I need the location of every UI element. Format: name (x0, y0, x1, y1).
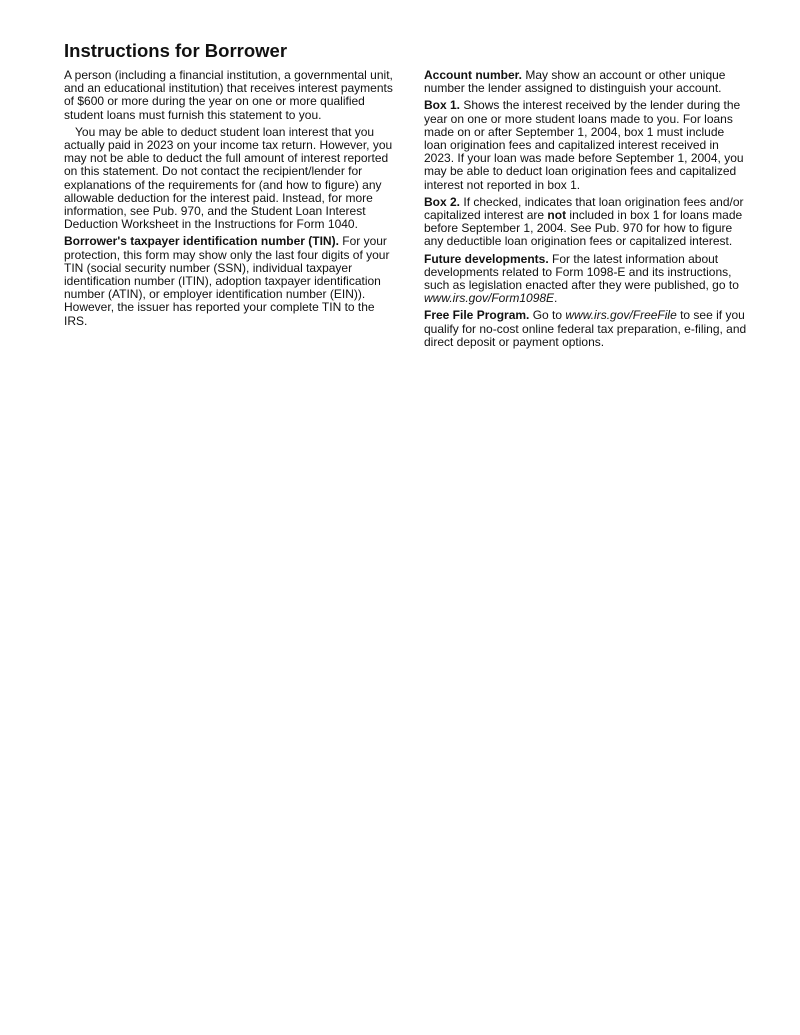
account-number-paragraph: Account number. May show an account or o… (424, 69, 748, 95)
page-title: Instructions for Borrower (64, 41, 748, 61)
paragraph-text: Go to (533, 308, 566, 322)
intro-paragraph: A person (including a financial institut… (64, 69, 395, 122)
left-column: A person (including a financial institut… (64, 69, 395, 328)
paragraph-text: . (554, 291, 557, 305)
irs-freefile-link[interactable]: www.irs.gov/FreeFile (565, 308, 676, 322)
box-1-term: Box 1. (424, 98, 463, 112)
borrower-tin-term: Borrower's taxpayer identification numbe… (64, 234, 342, 248)
free-file-program-term: Free File Program. (424, 308, 533, 322)
document-page: Instructions for Borrower A person (incl… (0, 0, 800, 1035)
paragraph-text: A person (including a financial institut… (64, 68, 393, 122)
not-emphasis: not (547, 208, 566, 222)
future-developments-term: Future developments. (424, 252, 552, 266)
free-file-paragraph: Free File Program. Go to www.irs.gov/Fre… (424, 309, 748, 349)
borrower-tin-paragraph: Borrower's taxpayer identification numbe… (64, 235, 395, 327)
paragraph-text: For your protection, this form may show … (64, 234, 389, 327)
paragraph-text: Shows the interest received by the lende… (424, 98, 744, 191)
right-column: Account number. May show an account or o… (424, 69, 748, 349)
box-2-term: Box 2. (424, 195, 463, 209)
box-2-paragraph: Box 2. If checked, indicates that loan o… (424, 196, 748, 249)
deduction-info-paragraph: You may be able to deduct student loan i… (64, 126, 395, 232)
irs-form1098e-link[interactable]: www.irs.gov/Form1098E (424, 291, 554, 305)
box-1-paragraph: Box 1. Shows the interest received by th… (424, 99, 748, 191)
document-content: Instructions for Borrower A person (incl… (64, 41, 748, 349)
paragraph-text: You may be able to deduct student loan i… (64, 125, 392, 231)
two-column-layout: A person (including a financial institut… (64, 69, 748, 349)
account-number-term: Account number. (424, 68, 525, 82)
future-developments-paragraph: Future developments. For the latest info… (424, 253, 748, 306)
